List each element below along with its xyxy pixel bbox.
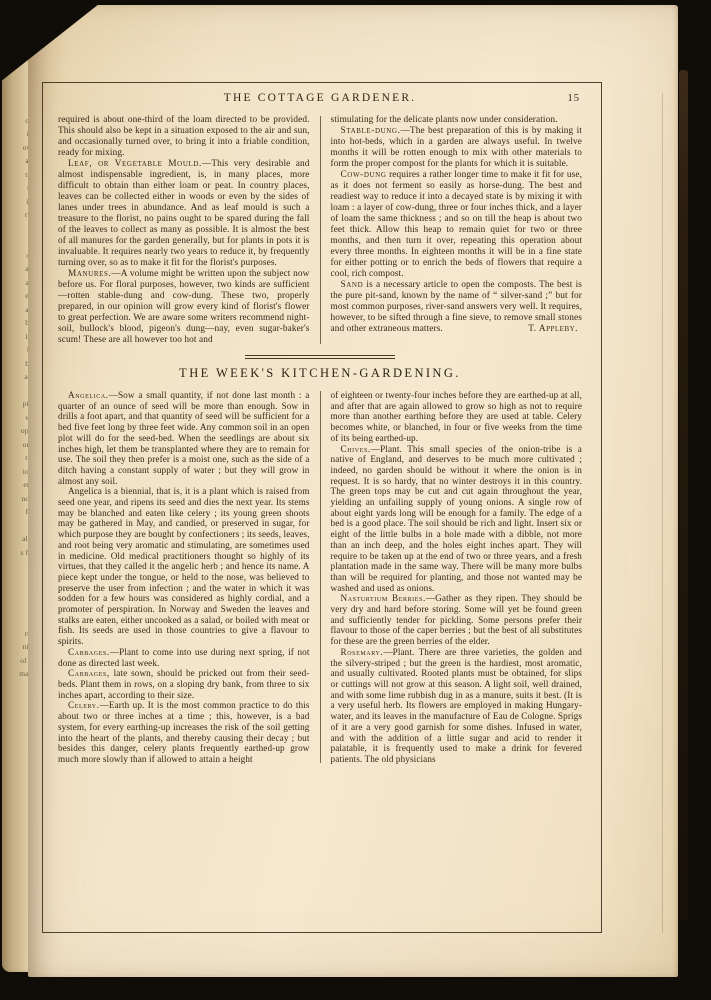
book-page: THE COTTAGE GARDENER. 15 required is abo… bbox=[28, 5, 678, 977]
section-title: THE WEEK'S KITCHEN-GARDENING. bbox=[58, 366, 582, 381]
paragraph: Stable-dung.—The best preparation of thi… bbox=[331, 126, 583, 170]
paragraph: Nasturtium Berries.—Gather as they ripen… bbox=[331, 593, 583, 647]
paragraph: Cabbages, late sown, should be pricked o… bbox=[58, 668, 310, 700]
section-kitchen-gardening: Angelica.—Sow a small quantity, if not d… bbox=[58, 390, 582, 765]
page-header: THE COTTAGE GARDENER. 15 bbox=[58, 89, 582, 115]
paragraph: required is about one-third of the loam … bbox=[58, 115, 310, 159]
paragraph-lead: Leaf, or Vegetable Mould. bbox=[68, 159, 202, 169]
paragraph: Leaf, or Vegetable Mould.—This very desi… bbox=[58, 159, 310, 269]
paragraph: Angelica is a biennial, that is, it is a… bbox=[58, 486, 310, 647]
paragraph-lead: Nasturtium Berries. bbox=[341, 593, 426, 603]
right-column: stimulating for the delicate plants now … bbox=[331, 115, 583, 346]
column-divider bbox=[320, 391, 321, 763]
paragraph: Celery.—Earth up. It is the most common … bbox=[58, 700, 310, 764]
section-composts: required is about one-third of the loam … bbox=[58, 115, 582, 346]
paragraph-lead: Stable-dung. bbox=[341, 126, 401, 136]
paragraph-lead: Rosemary. bbox=[341, 647, 384, 657]
paragraph: Sand is a necessary article to open the … bbox=[331, 280, 583, 335]
author-signature: T. Appleby. bbox=[518, 324, 582, 335]
paragraph: Chives.—Plant. This small species of the… bbox=[331, 444, 583, 594]
paragraph-lead: Chives. bbox=[341, 444, 371, 454]
left-column: required is about one-third of the loam … bbox=[58, 115, 310, 346]
right-column: of eighteen or twenty-four inches before… bbox=[331, 390, 583, 765]
paragraph-lead: Cabbages, bbox=[68, 668, 110, 678]
book-page-edges bbox=[679, 70, 688, 920]
paragraph: Rosemary.—Plant. There are three varieti… bbox=[331, 647, 583, 765]
page-content: THE COTTAGE GARDENER. 15 required is abo… bbox=[58, 89, 582, 765]
section-separator-rule bbox=[245, 355, 395, 359]
page-edge-line bbox=[662, 93, 663, 933]
paragraph: Angelica.—Sow a small quantity, if not d… bbox=[58, 390, 310, 486]
page-number: 15 bbox=[568, 93, 581, 104]
paragraph-lead: Manures. bbox=[68, 269, 111, 279]
left-column: Angelica.—Sow a small quantity, if not d… bbox=[58, 390, 310, 765]
paragraph-lead: Cabbages. bbox=[68, 647, 110, 657]
running-head: THE COTTAGE GARDENER. bbox=[58, 89, 582, 104]
paragraph-lead: Angelica. bbox=[68, 390, 109, 400]
paragraph: Cabbages.—Plant to come into use during … bbox=[58, 647, 310, 668]
paragraph-lead: Sand bbox=[341, 280, 364, 290]
paragraph: of eighteen or twenty-four inches before… bbox=[331, 390, 583, 444]
paragraph: Cow-dung requires a rather longer time t… bbox=[331, 170, 583, 280]
paragraph: Manures.—A volume might be written upon … bbox=[58, 269, 310, 346]
paragraph-lead: Cow-dung bbox=[341, 170, 387, 180]
paragraph-lead: Celery. bbox=[68, 700, 100, 710]
paragraph: stimulating for the delicate plants now … bbox=[331, 115, 583, 126]
column-divider bbox=[320, 116, 321, 344]
